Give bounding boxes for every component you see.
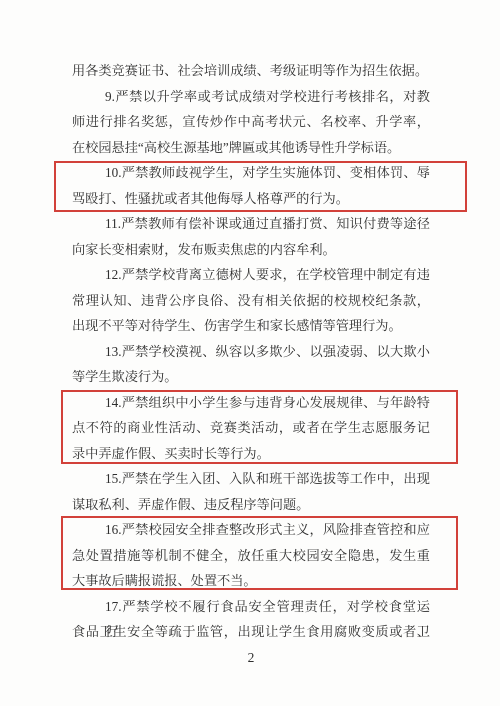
text-line: 谋取私利、弄虚作假、违反程序等问题。	[72, 492, 430, 518]
text-line: 12.严禁学校背离立德树人要求，在学校管理中制定有违	[72, 262, 430, 288]
text-line: 用各类竞赛证书、社会培训成绩、考级证明等作为招生依据。	[72, 58, 430, 84]
highlight-box-item-16	[61, 516, 458, 590]
text-line: 食品卫生安全等疏于监管，出现让学生食用腐败变质或者卫	[72, 619, 430, 645]
highlight-box-item-14	[61, 390, 458, 464]
document-page: 用各类竞赛证书、社会培训成绩、考级证明等作为招生依据。9.严禁以升学率或考试成绩…	[0, 0, 500, 706]
text-line: 向家长变相索财，发布贩卖焦虑的内容牟利。	[72, 237, 430, 263]
text-line: 11.严禁教师有偿补课或通过直播打赏、知识付费等途径	[72, 211, 430, 237]
text-line: 17.严禁学校不履行食品安全管理责任，对学校食堂运行、	[72, 594, 430, 620]
text-line: 15.严禁在学生入团、入队和班干部选拔等工作中，出现	[72, 466, 430, 492]
text-line: 在校园悬挂“高校生源基地”牌匾或其他诱导性升学标语。	[72, 135, 430, 161]
text-line: 出现不平等对待学生、伤害学生和家长感情等管理行为。	[72, 313, 430, 339]
text-line: 师进行排名奖惩，宣传炒作中高考状元、名校率、升学率，	[72, 109, 430, 135]
page-number: 2	[72, 648, 430, 668]
highlight-box-item-10	[54, 161, 467, 212]
text-line: 13.严禁学校漠视、纵容以多欺少、以强凌弱、以大欺小	[72, 339, 430, 365]
text-line: 等学生欺凌行为。	[72, 364, 430, 390]
text-line: 9.严禁以升学率或考试成绩对学校进行考核排名，对教	[72, 84, 430, 110]
text-line: 常理认知、违背公序良俗、没有相关依据的校规校纪条款，	[72, 288, 430, 314]
